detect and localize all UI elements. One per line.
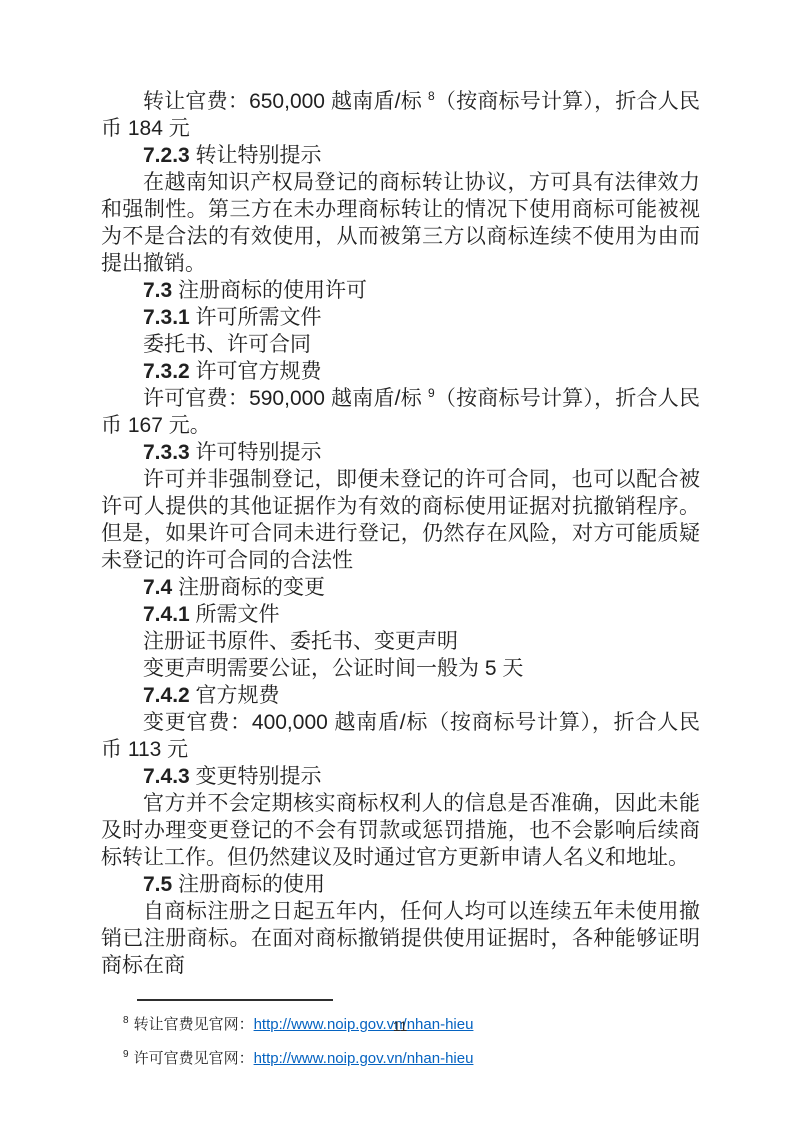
text-run: 许可所需文件 xyxy=(190,306,322,329)
section-number: 7.4.2 xyxy=(143,684,190,707)
paragraph: 许可官费：590,000 越南盾/标 9（按商标号计算），折合人民币 167 元… xyxy=(101,385,700,439)
text-run: 在越南知识产权局登记的商标转让协议，方可具有法律效力和强制性。第三方在未办理商标… xyxy=(101,171,700,275)
section-heading: 7.4.3 变更特别提示 xyxy=(101,763,700,790)
text-run: 注册商标的使用 xyxy=(172,873,325,896)
footnote-reference: 8 xyxy=(428,89,435,103)
text-run: 官方规费 xyxy=(190,684,280,707)
footnote-marker: 9 xyxy=(123,1049,129,1060)
document-page: 转让官费：650,000 越南盾/标 8（按商标号计算），折合人民币 184 元… xyxy=(0,0,800,1131)
footnote-separator xyxy=(137,999,333,1001)
text-run: 许可并非强制登记，即便未登记的许可合同，也可以配合被许可人提供的其他证据作为有效… xyxy=(101,468,700,572)
text-run: 变更声明需要公证，公证时间一般为 5 天 xyxy=(143,657,523,680)
text-run: 自商标注册之日起五年内，任何人均可以连续五年未使用撤销已注册商标。在面对商标撤销… xyxy=(101,900,700,977)
paragraph: 官方并不会定期核实商标权利人的信息是否准确，因此未能及时办理变更登记的不会有罚款… xyxy=(101,790,700,871)
footnote-link[interactable]: http://www.noip.gov.vn/nhan-hieu xyxy=(254,1050,474,1067)
document-body: 转让官费：650,000 越南盾/标 8（按商标号计算），折合人民币 184 元… xyxy=(101,88,700,979)
section-heading: 7.4.1 所需文件 xyxy=(101,601,700,628)
text-run: 转让特别提示 xyxy=(190,144,322,167)
text-run: 转让官费：650,000 越南盾/标 xyxy=(143,90,428,113)
paragraph: 许可并非强制登记，即便未登记的许可合同，也可以配合被许可人提供的其他证据作为有效… xyxy=(101,466,700,574)
section-heading: 7.3.3 许可特别提示 xyxy=(101,439,700,466)
paragraph: 注册证书原件、委托书、变更声明 xyxy=(101,628,700,655)
paragraph: 自商标注册之日起五年内，任何人均可以连续五年未使用撤销已注册商标。在面对商标撤销… xyxy=(101,898,700,979)
section-heading: 7.5 注册商标的使用 xyxy=(101,871,700,898)
section-heading: 7.3.2 许可官方规费 xyxy=(101,358,700,385)
text-run: 注册商标的使用许可 xyxy=(172,279,367,302)
footnote: 9许可官费见官网：http://www.noip.gov.vn/nhan-hie… xyxy=(101,1049,700,1069)
paragraph: 变更官费：400,000 越南盾/标（按商标号计算），折合人民币 113 元 xyxy=(101,709,700,763)
section-number: 7.3.2 xyxy=(143,360,190,383)
section-heading: 7.3 注册商标的使用许可 xyxy=(101,277,700,304)
section-number: 7.4.3 xyxy=(143,765,190,788)
footnote-label: 许可官费见官网： xyxy=(134,1050,254,1067)
text-run: 许可特别提示 xyxy=(190,441,322,464)
text-run: 委托书、许可合同 xyxy=(143,333,311,356)
section-number: 7.3.1 xyxy=(143,306,190,329)
paragraph: 转让官费：650,000 越南盾/标 8（按商标号计算），折合人民币 184 元 xyxy=(101,88,700,142)
paragraph: 变更声明需要公证，公证时间一般为 5 天 xyxy=(101,655,700,682)
section-number: 7.5 xyxy=(143,873,172,896)
text-run: 变更特别提示 xyxy=(190,765,322,788)
text-run: 许可官方规费 xyxy=(190,360,322,383)
section-heading: 7.2.3 转让特别提示 xyxy=(101,142,700,169)
footnote-area: 8转让官费见官网：http://www.noip.gov.vn/nhan-hie… xyxy=(101,999,700,1069)
page-number: 11 xyxy=(0,1018,800,1034)
text-run: 官方并不会定期核实商标权利人的信息是否准确，因此未能及时办理变更登记的不会有罚款… xyxy=(101,792,700,869)
paragraph: 在越南知识产权局登记的商标转让协议，方可具有法律效力和强制性。第三方在未办理商标… xyxy=(101,169,700,277)
section-heading: 7.4 注册商标的变更 xyxy=(101,574,700,601)
section-number: 7.3 xyxy=(143,279,172,302)
section-heading: 7.4.2 官方规费 xyxy=(101,682,700,709)
footnote-reference: 9 xyxy=(428,386,435,400)
text-run: 许可官费：590,000 越南盾/标 xyxy=(143,387,428,410)
text-run: 注册证书原件、委托书、变更声明 xyxy=(143,630,458,653)
text-run: 所需文件 xyxy=(190,603,280,626)
text-run: 变更官费：400,000 越南盾/标（按商标号计算），折合人民币 113 元 xyxy=(101,711,700,761)
section-number: 7.2.3 xyxy=(143,144,190,167)
section-number: 7.4.1 xyxy=(143,603,190,626)
section-number: 7.3.3 xyxy=(143,441,190,464)
section-number: 7.4 xyxy=(143,576,172,599)
text-run: 注册商标的变更 xyxy=(172,576,325,599)
paragraph: 委托书、许可合同 xyxy=(101,331,700,358)
section-heading: 7.3.1 许可所需文件 xyxy=(101,304,700,331)
